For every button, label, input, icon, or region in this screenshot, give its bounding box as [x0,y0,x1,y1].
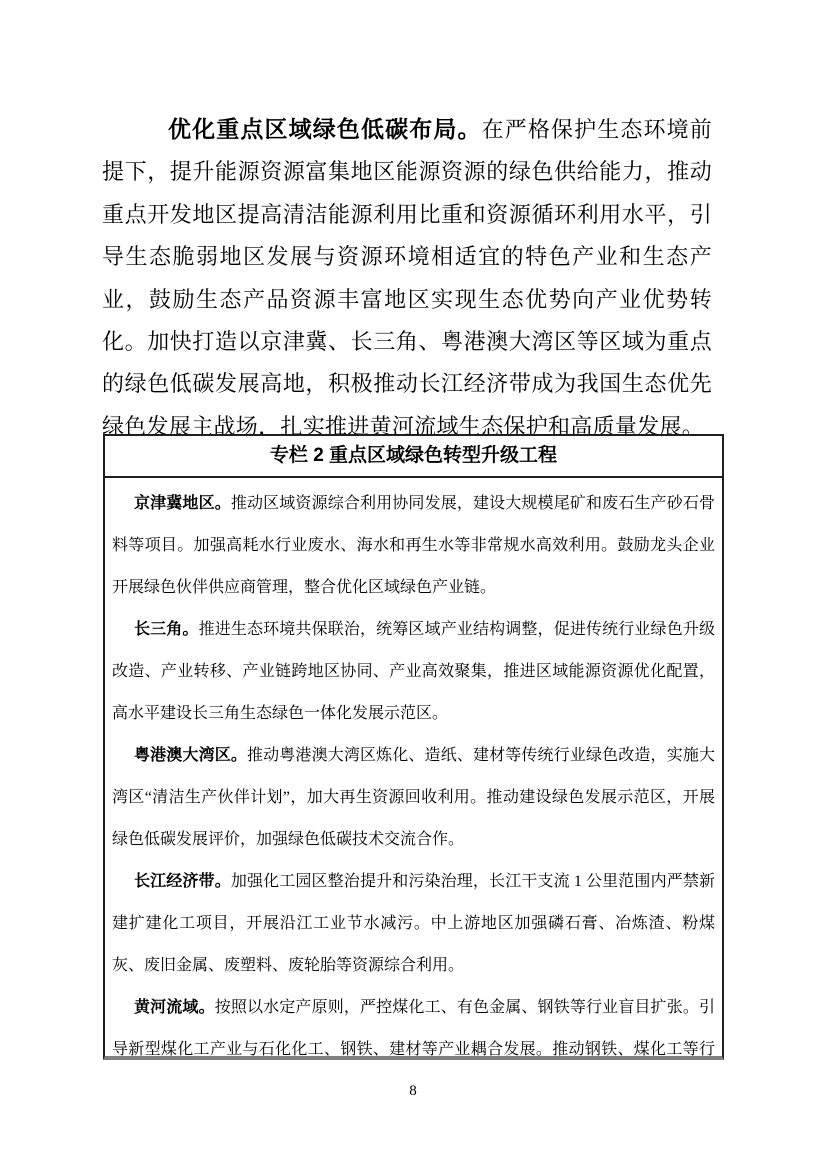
column-box-title: 专栏 2 重点区域绿色转型升级工程 [105,436,722,478]
box-item-label: 京津冀地区。 [134,495,231,512]
box-item-jingjinji: 京津冀地区。推动区域资源综合利用协同发展，建设大规模尾矿和废石生产砂石骨料等项目… [112,483,715,609]
paragraph-lead-heading: 优化重点区域绿色低碳布局。 [168,117,482,142]
box-item-huanghe: 黄河流域。按照以水定产原则，严控煤化工、有色金属、钢铁等行业盲目扩张。引导新型煤… [112,987,715,1060]
box-item-label: 粤港澳大湾区。 [134,747,247,764]
body-paragraph: 优化重点区域绿色低碳布局。在严格保护生态环境前提下，提升能源资源富集地区能源资源… [102,109,712,448]
box-item-label: 长三角。 [134,621,199,638]
box-item-label: 长江经济带。 [134,873,231,890]
document-page: 优化重点区域绿色低碳布局。在严格保护生态环境前提下，提升能源资源富集地区能源资源… [0,0,826,1169]
page-number: 8 [0,1083,826,1100]
paragraph-body-text: 在严格保护生态环境前提下，提升能源资源富集地区能源资源的绿色供给能力，推动重点开… [102,117,712,439]
box-item-yuegangao: 粤港澳大湾区。推动粤港澳大湾区炼化、造纸、建材等传统行业绿色改造，实施大湾区“清… [112,735,715,861]
box-item-text: 推进生态环境共保联治，统筹区域产业结构调整，促进传统行业绿色升级改造、产业转移、… [112,621,715,722]
column-box-body: 京津冀地区。推动区域资源综合利用协同发展，建设大规模尾矿和废石生产砂石骨料等项目… [105,478,722,1060]
box-item-label: 黄河流域。 [134,999,215,1016]
box-item-changsanjiao: 长三角。推进生态环境共保联治，统筹区域产业结构调整，促进传统行业绿色升级改造、产… [112,609,715,735]
box-item-changjiang: 长江经济带。加强化工园区整治提升和污染治理，长江干支流 1 公里范围内严禁新建扩… [112,861,715,987]
column-box: 专栏 2 重点区域绿色转型升级工程 京津冀地区。推动区域资源综合利用协同发展，建… [103,434,724,1060]
